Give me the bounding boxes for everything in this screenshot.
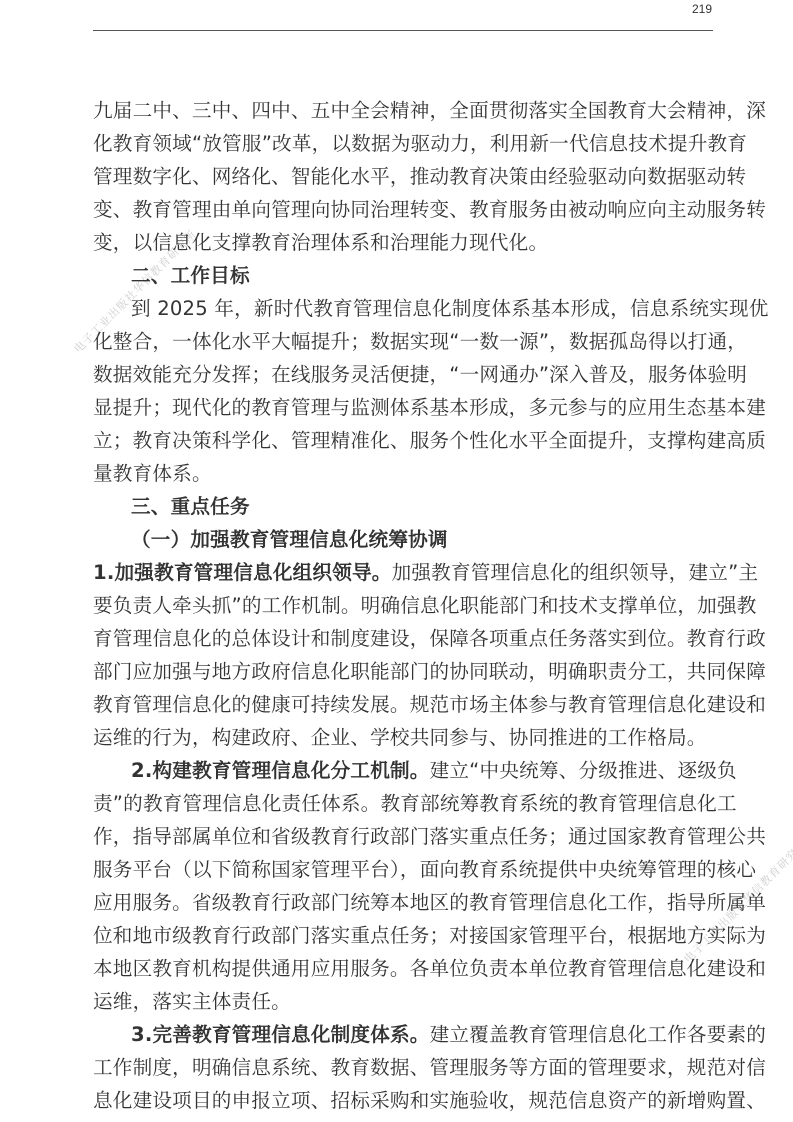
paragraph-line: 显提升；现代化的教育管理与监测体系基本形成，多元参与的应用生态基本建 xyxy=(93,391,713,424)
paragraph-line: 九届二中、三中、四中、五中全会精神，全面贯彻落实全国教育大会精神，深 xyxy=(93,94,713,127)
paragraph-line: 化整合，一体化水平大幅提升；数据实现“一数一源”，数据孤岛得以打通， xyxy=(93,325,713,358)
paragraph-line: 位和地市级教育行政部门落实重点任务；对接国家管理平台，根据地方实际为 xyxy=(93,919,713,952)
paragraph-line: 部门应加强与地方政府信息化职能部门的协同联动，明确职责分工，共同保障 xyxy=(93,655,713,688)
paragraph-line: 本地区教育机构提供通用应用服务。各单位负责本单位教育管理信息化建设和 xyxy=(93,952,713,985)
subsection-title: 2.构建教育管理信息化分工机制。 xyxy=(131,759,430,782)
paragraph-line: 3.完善教育管理信息化制度体系。建立覆盖教育管理信息化工作各要素的 xyxy=(93,1018,713,1051)
paragraph-line: 变，以信息化支撑教育治理体系和治理能力现代化。 xyxy=(93,226,713,259)
paragraph-line: 到 2025 年，新时代教育管理信息化制度体系基本形成，信息系统实现优 xyxy=(93,292,713,325)
paragraph-text: 建立覆盖教育管理信息化工作各要素的 xyxy=(430,1023,767,1046)
section-heading: （一）加强教育管理信息化统筹协调 xyxy=(93,523,713,556)
paragraph-line: 运维的行为，构建政府、企业、学校共同参与、协同推进的工作格局。 xyxy=(93,721,713,754)
paragraph-line: 服务平台（以下简称国家管理平台），面向教育系统提供中央统筹管理的核心 xyxy=(93,853,713,886)
paragraph-line: 变、教育管理由单向管理向协同治理转变、教育服务由被动响应向主动服务转 xyxy=(93,193,713,226)
paragraph-line: 责”的教育管理信息化责任体系。教育部统筹教育系统的教育管理信息化工 xyxy=(93,787,713,820)
paragraph-line: 2.构建教育管理信息化分工机制。建立“中央统筹、分级推进、逐级负 xyxy=(93,754,713,787)
paragraph-line: 育管理信息化的总体设计和制度建设，保障各项重点任务落实到位。教育行政 xyxy=(93,622,713,655)
page-number: 219 xyxy=(664,2,712,16)
paragraph-line: 工作制度，明确信息系统、教育数据、管理服务等方面的管理要求，规范对信 xyxy=(93,1051,713,1084)
paragraph-line: 应用服务。省级教育行政部门统筹本地区的教育管理信息化工作，指导所属单 xyxy=(93,886,713,919)
paragraph-line: 立；教育决策科学化、管理精准化、服务个性化水平全面提升，支撑构建高质 xyxy=(93,424,713,457)
paragraph-line: 数据效能充分发挥；在线服务灵活便捷，“一网通办”深入普及，服务体验明 xyxy=(93,358,713,391)
paragraph-line: 化教育领域“放管服”改革，以数据为驱动力，利用新一代信息技术提升教育 xyxy=(93,127,713,160)
paragraph-line: 教育管理信息化的健康可持续发展。规范市场主体参与教育管理信息化建设和 xyxy=(93,688,713,721)
document-body: 九届二中、三中、四中、五中全会精神，全面贯彻落实全国教育大会精神，深化教育领域“… xyxy=(93,94,713,1117)
section-heading: 三、重点任务 xyxy=(93,490,713,523)
paragraph-line: 量教育体系。 xyxy=(93,457,713,490)
paragraph-line: 1.加强教育管理信息化组织领导。加强教育管理信息化的组织领导，建立”主 xyxy=(93,556,713,589)
paragraph-text: 建立“中央统筹、分级推进、逐级负 xyxy=(430,759,737,782)
paragraph-text: 加强教育管理信息化的组织领导，建立”主 xyxy=(392,561,759,584)
subsection-title: 3.完善教育管理信息化制度体系。 xyxy=(131,1023,430,1046)
paragraph-line: 管理数字化、网络化、智能化水平，推动教育决策由经验驱动向数据驱动转 xyxy=(93,160,713,193)
paragraph-line: 运维，落实主体责任。 xyxy=(93,985,713,1018)
subsection-title: 1.加强教育管理信息化组织领导。 xyxy=(93,561,392,584)
paragraph-line: 作，指导部属单位和省级教育行政部门落实重点任务；通过国家教育管理公共 xyxy=(93,820,713,853)
paragraph-line: 息化建设项目的申报立项、招标采购和实施验收，规范信息资产的新增购置、 xyxy=(93,1084,713,1117)
paragraph-line: 要负责人牵头抓”的工作机制。明确信息化职能部门和技术支撑单位，加强教 xyxy=(93,589,713,622)
section-heading: 二、工作目标 xyxy=(93,259,713,292)
header-rule xyxy=(93,30,713,31)
